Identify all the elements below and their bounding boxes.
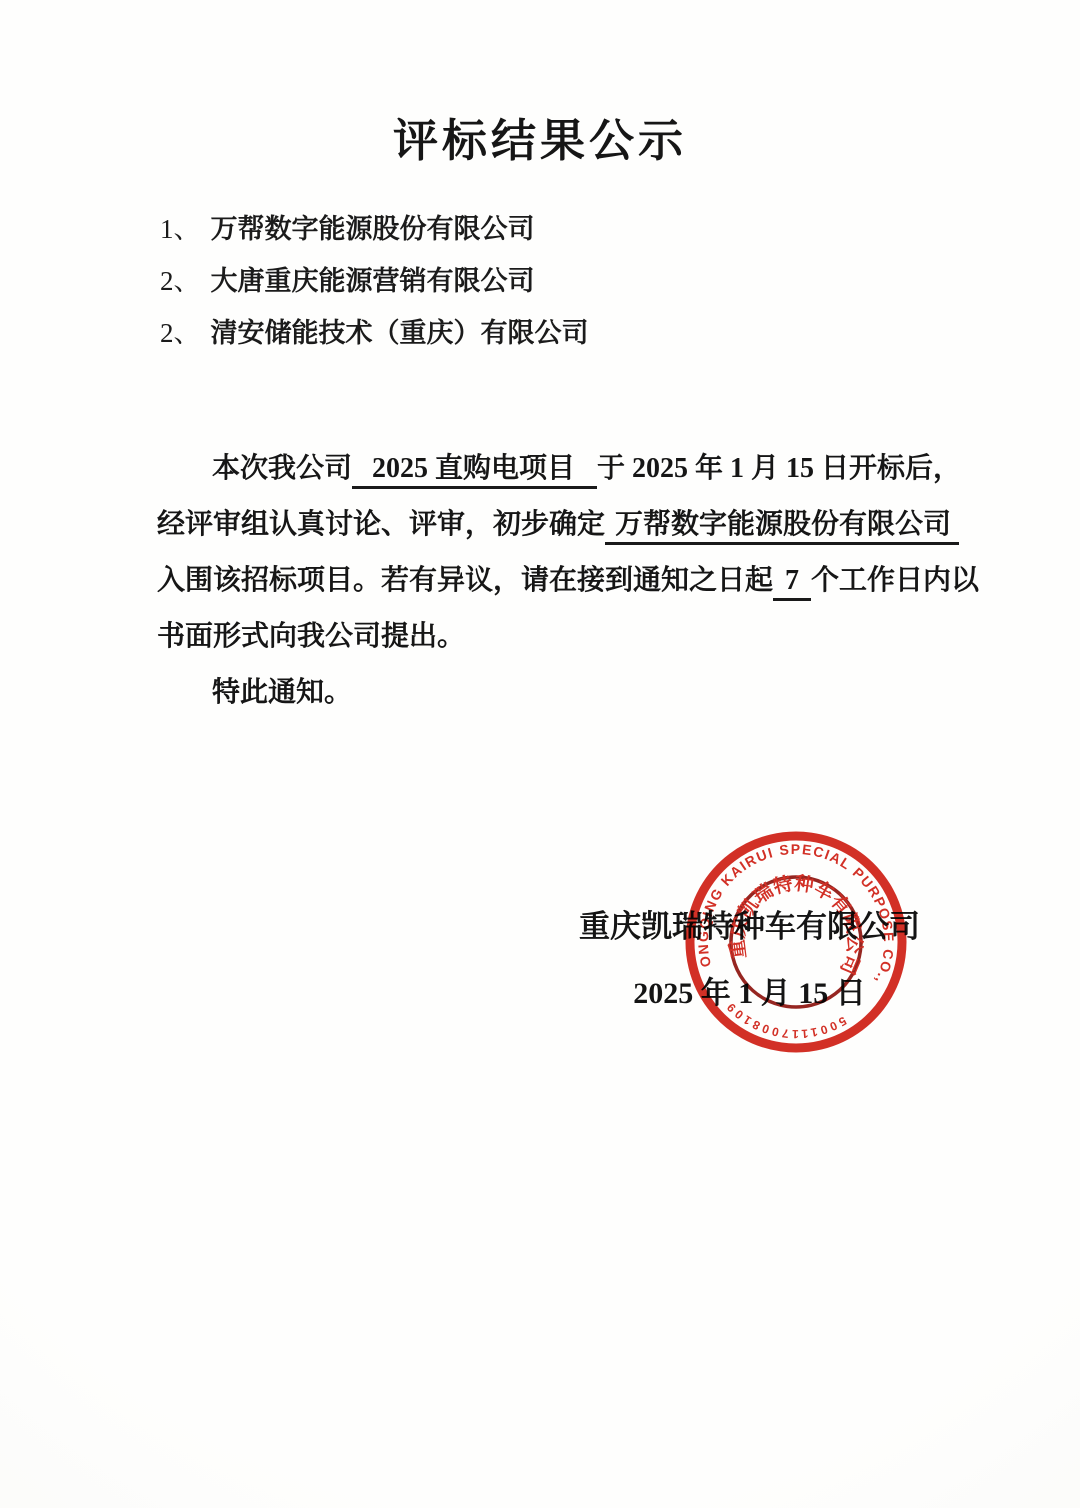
signature-block: 重庆凯瑞特种车有限公司 2025 年 1 月 15 日 bbox=[577, 901, 922, 1012]
paragraph-line: 入围该招标项目。若有异议，请在接到通知之日起7个工作日内以 bbox=[157, 556, 947, 612]
text-run: 本次我公司 bbox=[212, 453, 352, 484]
list-item-number: 2、 bbox=[160, 266, 201, 296]
page-title: 评标结果公示 bbox=[0, 104, 1080, 169]
list-item: 2、大唐重庆能源营销有限公司 bbox=[160, 255, 589, 307]
text-run: 特此通知。 bbox=[212, 677, 352, 708]
text-run: 书面形式向我公司提出。 bbox=[157, 621, 465, 652]
bidder-list: 1、万帮数字能源股份有限公司 2、大唐重庆能源营销有限公司 2、清安储能技术（重… bbox=[160, 203, 589, 359]
list-item: 1、万帮数字能源股份有限公司 bbox=[160, 203, 589, 255]
signature-company-name: 重庆凯瑞特种车有限公司 bbox=[577, 901, 922, 946]
list-item-company: 万帮数字能源股份有限公司 bbox=[211, 214, 535, 244]
paragraph-line: 书面形式向我公司提出。 bbox=[157, 612, 947, 668]
text-run: 经评审组认真讨论、评审，初步确定 bbox=[157, 509, 605, 540]
text-run: 于 2025 年 1 月 15 日开标后， bbox=[597, 453, 961, 484]
notice-paragraph: 本次我公司2025 直购电项目于 2025 年 1 月 15 日开标后， 经评审… bbox=[157, 444, 947, 724]
text-run: 入围该招标项目。若有异议，请在接到通知之日起 bbox=[157, 565, 773, 596]
document-page: 评标结果公示 1、万帮数字能源股份有限公司 2、大唐重庆能源营销有限公司 2、清… bbox=[0, 0, 1080, 1508]
list-item-number: 1、 bbox=[160, 214, 201, 244]
text-run: 个工作日内以 bbox=[811, 565, 979, 596]
paragraph-line: 本次我公司2025 直购电项目于 2025 年 1 月 15 日开标后， bbox=[157, 444, 947, 500]
underlined-winner-name: 万帮数字能源股份有限公司 bbox=[605, 509, 959, 545]
list-item-company: 大唐重庆能源营销有限公司 bbox=[211, 266, 535, 296]
underlined-project-name: 2025 直购电项目 bbox=[352, 453, 597, 489]
underlined-days-count: 7 bbox=[773, 565, 811, 601]
list-item: 2、清安储能技术（重庆）有限公司 bbox=[160, 307, 589, 359]
list-item-number: 2、 bbox=[160, 318, 201, 348]
paragraph-line: 特此通知。 bbox=[157, 668, 947, 724]
paragraph-line: 经评审组认真讨论、评审，初步确定万帮数字能源股份有限公司 bbox=[157, 500, 947, 556]
signature-date: 2025 年 1 月 15 日 bbox=[577, 968, 922, 1012]
list-item-company: 清安储能技术（重庆）有限公司 bbox=[211, 318, 589, 348]
